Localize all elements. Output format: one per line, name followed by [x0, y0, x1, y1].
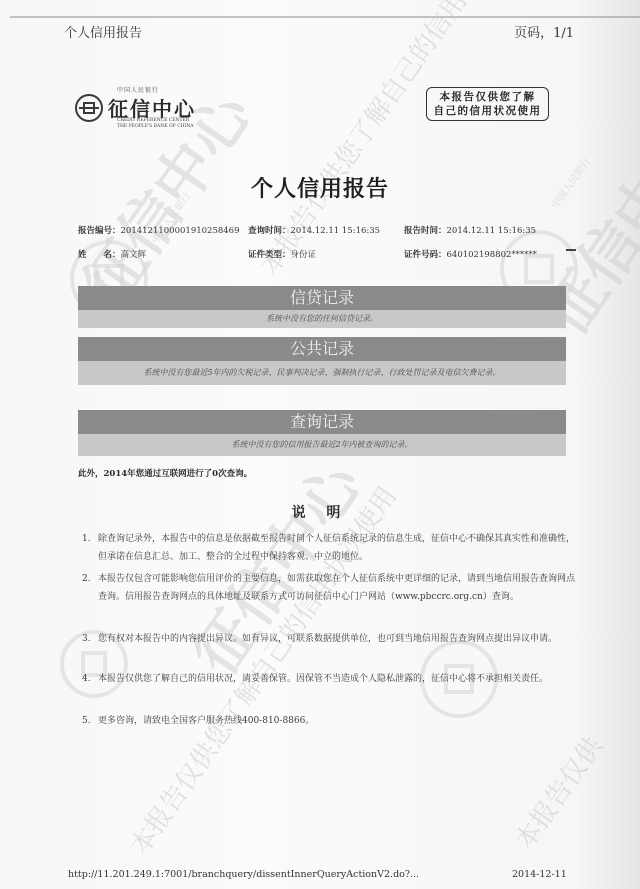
report-time: 报告时间：2014.12.11 15:16:35 [404, 224, 536, 236]
stamp-line1: 本报告仅供您了解 [427, 90, 548, 104]
item-text: 除查询记录外，本报告中的信息是依据截至报告时间个人征信系统记录的信息生成，征信中… [98, 530, 582, 566]
explanation-item-3: 3. 您有权对本报告中的内容提出异议。如有异议，可联系数据提供单位，也可到当地信… [82, 630, 582, 648]
query-time: 查询时间：2014.12.11 15:16:35 [248, 224, 380, 236]
item-text: 本报告仅供您了解自己的信用状况，请妥善保管。因保管不当造成个人隐私泄露的，征信中… [98, 670, 582, 688]
report-time-value: 2014.12.11 15:16:35 [447, 226, 537, 236]
item-text: 您有权对本报告中的内容提出异议。如有异议，可联系数据提供单位，也可到当地信用报告… [98, 630, 582, 648]
watermark-usage-top: 本报告仅供您了解自己的信用状况使用 [250, 0, 534, 281]
footer-url: http://11.201.249.1:7001/branchquery/dis… [68, 869, 419, 880]
item-number: 5. [82, 712, 91, 730]
report-title: 个人信用报告 [0, 172, 640, 203]
item-text: 更多咨询，请致电全国客户服务热线400-810-8866。 [98, 712, 582, 730]
id-type-value: 身份证 [291, 250, 317, 260]
section-credit-heading: 信贷记录 [78, 286, 566, 310]
watermark-short-right: 本报告仅供 [505, 728, 610, 856]
logo-english: CREDIT REFERENCE CENTER THE PEOPLE'S BAN… [117, 118, 227, 130]
query-time-value: 2014.12.11 15:16:35 [291, 226, 381, 236]
item-text: 本报告仅包含可能影响您信用评价的主要信息，如需获取您在个人征信系统中更详细的记录… [98, 570, 582, 606]
section-query-body: 系统中没有您的信用报告最近2年内被查询的记录。 [78, 434, 566, 456]
section-query-heading: 查询记录 [78, 410, 566, 434]
explanation-item-2: 2. 本报告仅包含可能影响您信用评价的主要信息，如需获取您在个人征信系统中更详细… [82, 570, 582, 606]
usage-stamp: 本报告仅供您了解 自己的信用状况使用 [426, 87, 549, 121]
id-number: 证件号码：640102198802****** [404, 248, 537, 260]
report-number: 报告编号：2014121100001910258469 [78, 224, 240, 236]
item-number: 1. [82, 530, 91, 548]
id-type: 证件类型：身份证 [248, 248, 316, 260]
credit-center-logo: 中国人民银行 征信中心 CREDIT REFERENCE CENTER THE … [75, 85, 215, 135]
logo-english-line2: THE PEOPLE'S BANK OF CHINA [117, 124, 227, 130]
explanation-item-1: 1. 除查询记录外，本报告中的信息是依据截至报告时间个人征信系统记录的信息生成，… [82, 530, 582, 566]
explanation-item-5: 5. 更多咨询，请致电全国客户服务热线400-810-8866。 [82, 712, 582, 730]
item-number: 4. [82, 670, 91, 688]
watermark-center-mid: 征信中心 [170, 443, 378, 689]
report-number-label: 报告编号： [78, 226, 121, 236]
id-type-label: 证件类型： [248, 250, 291, 260]
scan-edge [10, 16, 640, 18]
person-name-label: 姓 名： [78, 250, 121, 260]
section-public-heading: 公共记录 [78, 337, 566, 361]
footer-date: 2014-12-11 [512, 869, 567, 880]
id-number-label: 证件号码： [404, 250, 447, 260]
stamp-line2: 自己的信用状况使用 [427, 104, 548, 118]
explanation-title: 说 明 [0, 502, 640, 522]
report-page: 征信中心 征信中心 本报告仅供您了解自己的信用状况使用 本报告仅供您了解自己的信… [0, 0, 640, 889]
internet-query-note: 此外，2014年您通过互联网进行了0次查询。 [78, 467, 252, 479]
dash-mark [566, 249, 576, 251]
header-page-number: 页码，1/1 [514, 22, 574, 41]
item-number: 3. [82, 630, 91, 648]
query-time-label: 查询时间： [248, 226, 291, 236]
coin-seal-icon [75, 94, 103, 122]
section-public-body: 系统中没有您最近5年内的欠税记录、民事判决记录、强制执行记录、行政处罚记录及电信… [78, 361, 566, 385]
report-number-value: 2014121100001910258469 [121, 226, 240, 236]
person-name: 姓 名：高文辉 [78, 248, 146, 260]
header-doc-name: 个人信用报告 [64, 22, 142, 41]
id-number-value: 640102198802****** [447, 250, 537, 260]
section-credit-body: 系统中没有您的任何信贷记录。 [78, 310, 566, 328]
item-number: 2. [82, 570, 91, 588]
report-time-label: 报告时间： [404, 226, 447, 236]
person-name-value: 高文辉 [121, 250, 147, 260]
explanation-item-4: 4. 本报告仅供您了解自己的信用状况，请妥善保管。因保管不当造成个人隐私泄露的，… [82, 670, 582, 688]
